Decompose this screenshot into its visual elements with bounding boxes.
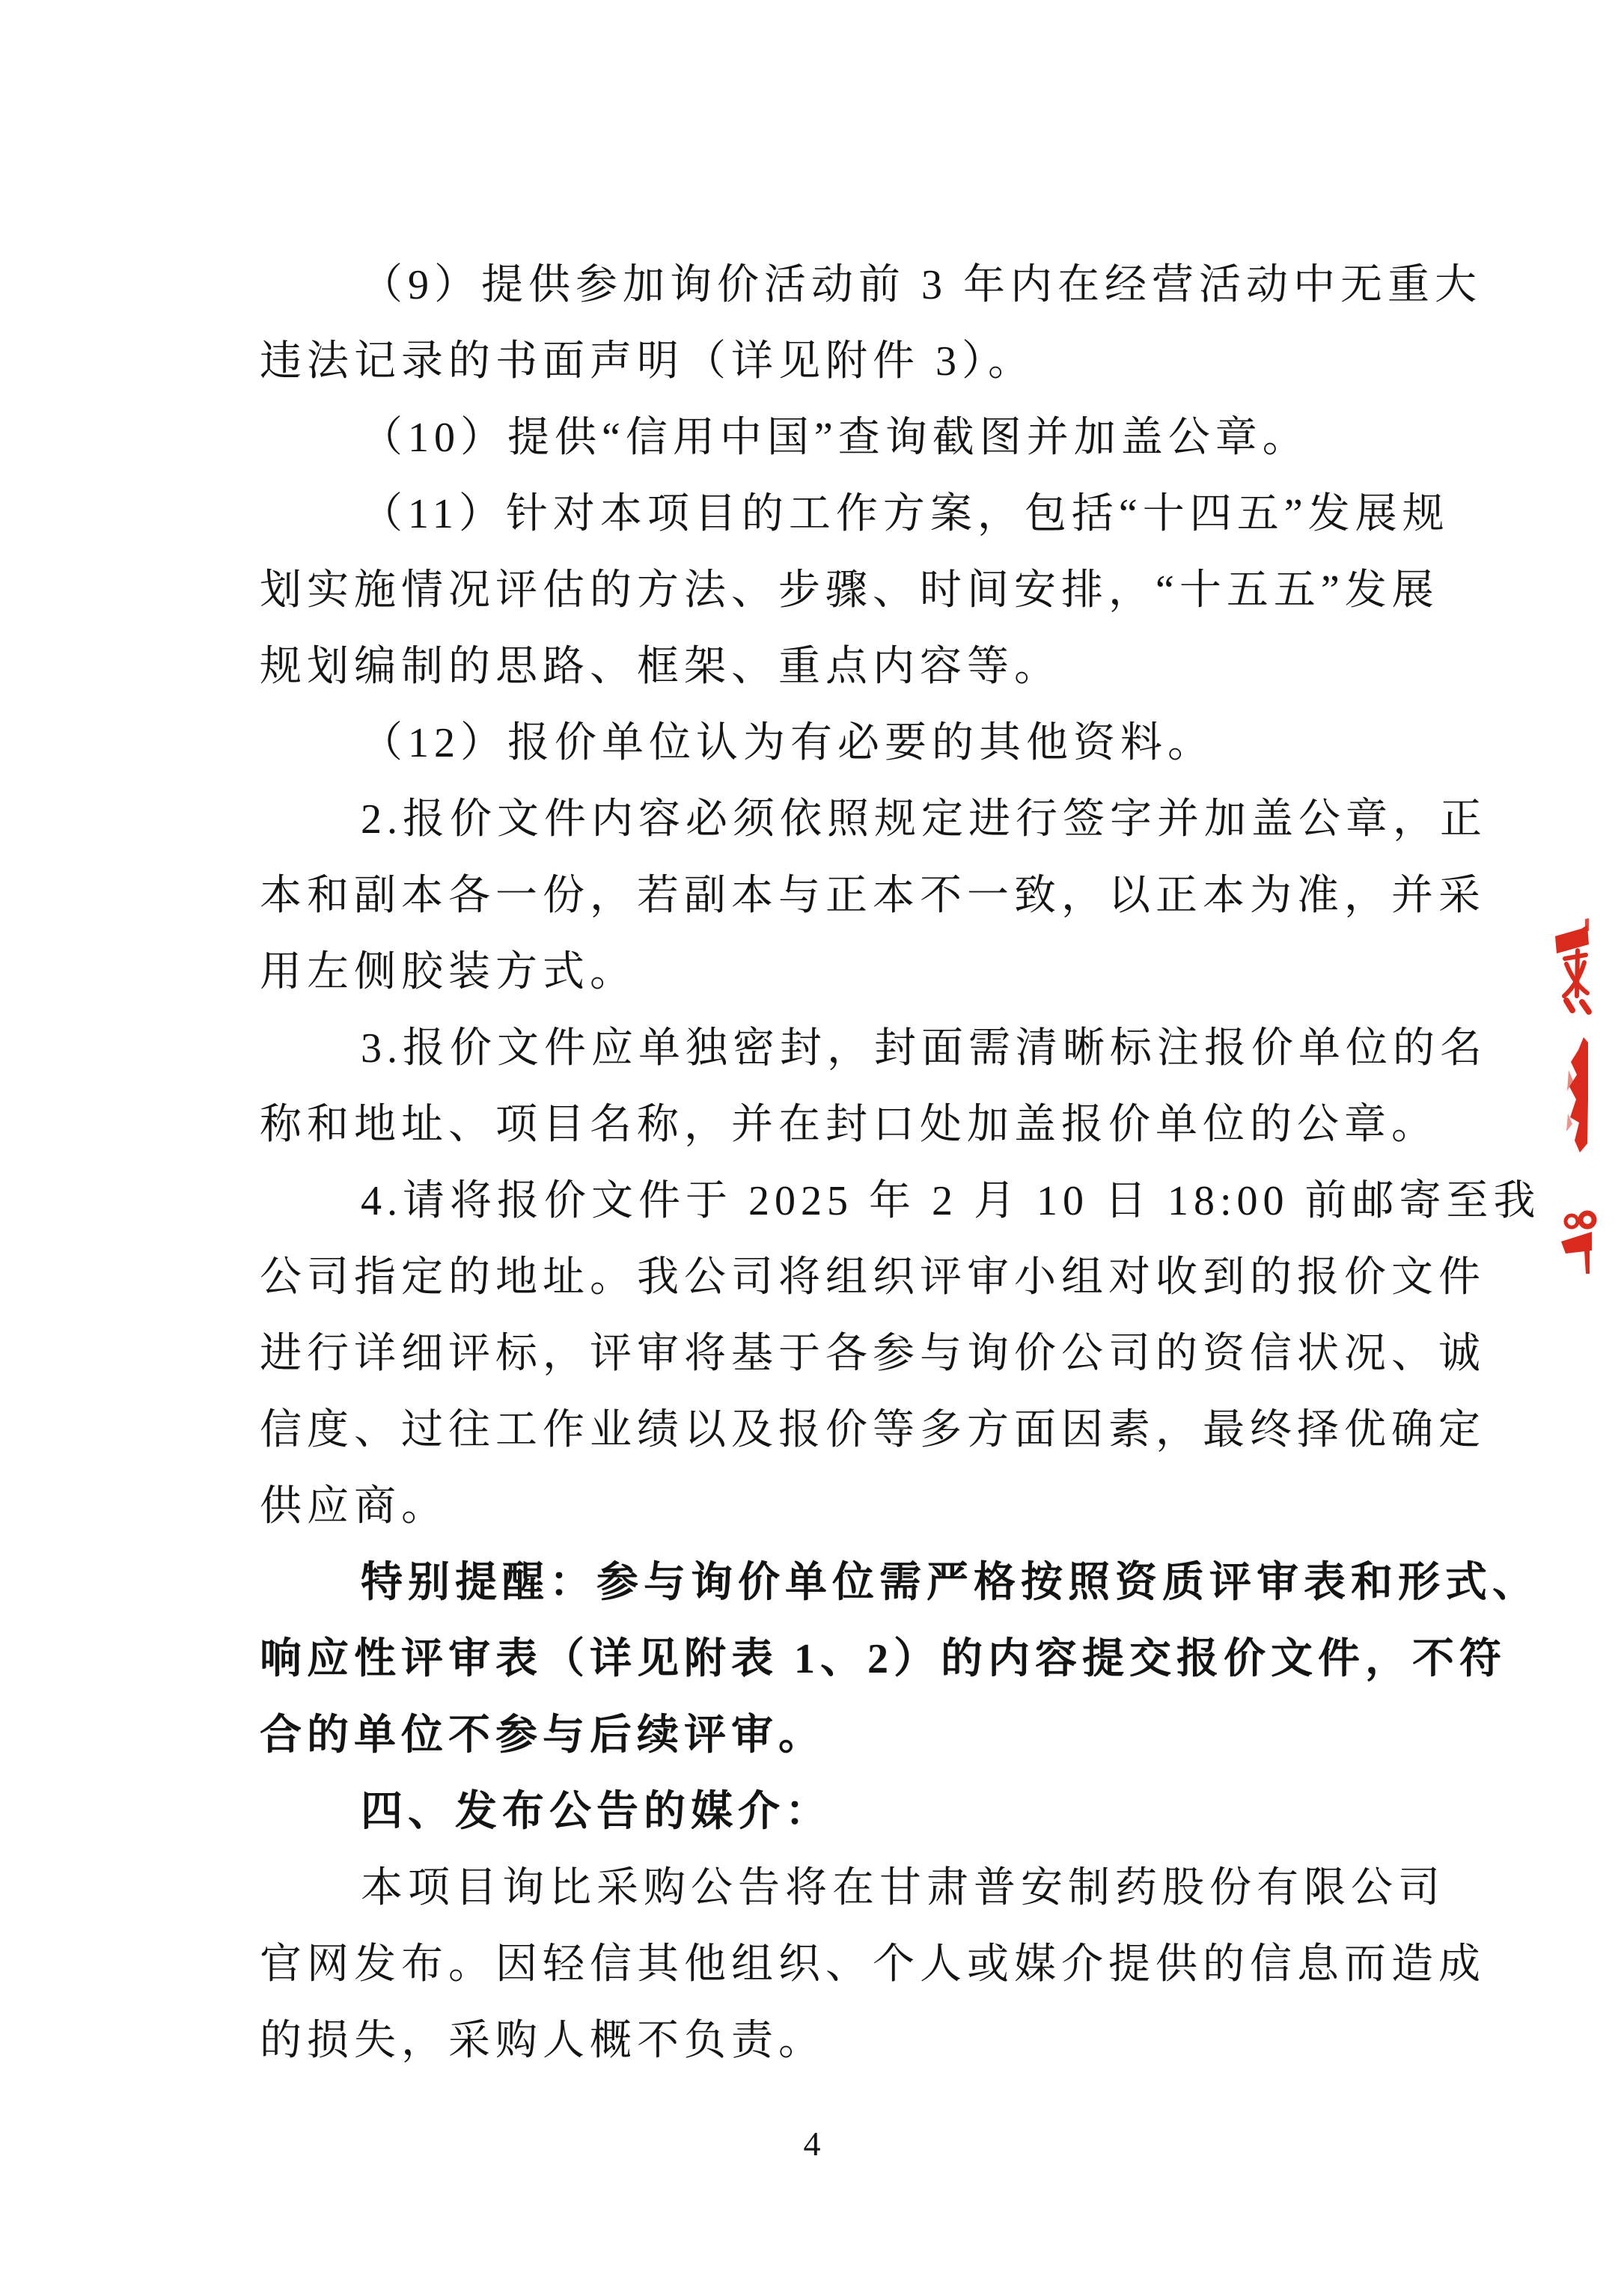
- text-line: 特别提醒：参与询价单位需严格按照资质评审表和形式、: [260, 1545, 1502, 1621]
- text-line: 违法记录的书面声明（详见附件 3）。: [260, 323, 1502, 400]
- text-line: 合的单位不参与后续评审。: [260, 1697, 1502, 1774]
- text-line: 本和副本各一份，若副本与正本不一致，以正本为准，并采: [260, 858, 1502, 934]
- red-seal-fragments: [1549, 913, 1624, 1287]
- text-line: 规划编制的思路、框架、重点内容等。: [260, 629, 1502, 705]
- text-line: 供应商。: [260, 1468, 1502, 1545]
- text-line: 称和地址、项目名称，并在封口处加盖报价单位的公章。: [260, 1087, 1502, 1163]
- text-line: 划实施情况评估的方法、步骤、时间安排，“十五五”发展: [260, 552, 1502, 629]
- text-line: （12）报价单位认为有必要的其他资料。: [260, 705, 1502, 781]
- text-line: 进行详细评标，评审将基于各参与询价公司的资信状况、诚: [260, 1316, 1502, 1392]
- document-page: （9）提供参加询价活动前 3 年内在经营活动中无重大违法记录的书面声明（详见附件…: [0, 0, 1624, 2296]
- seal-fragment-streak-icon: [1566, 1037, 1588, 1152]
- seal-fragment-rings-icon: [1561, 1213, 1594, 1274]
- text-line: 四、发布公告的媒介：: [260, 1774, 1502, 1850]
- text-line: 的损失，采购人概不负责。: [260, 2003, 1502, 2079]
- text-line: 信度、过往工作业绩以及报价等多方面因素，最终择优确定: [260, 1392, 1502, 1468]
- text-line: 4.请将报价文件于 2025 年 2 月 10 日 18:00 前邮寄至我: [260, 1163, 1502, 1239]
- text-line: 3.报价文件应单独密封，封面需清晰标注报价单位的名: [260, 1010, 1502, 1087]
- text-line: 官网发布。因轻信其他组织、个人或媒介提供的信息而造成: [260, 1926, 1502, 2003]
- seal-fragment-character-icon: [1555, 918, 1589, 1012]
- text-line: 本项目询比采购公告将在甘肃普安制药股份有限公司: [260, 1850, 1502, 1926]
- text-line: （10）提供“信用中国”查询截图并加盖公章。: [260, 400, 1502, 476]
- red-seal-ink: [1555, 918, 1594, 1274]
- text-line: （11）针对本项目的工作方案，包括“十四五”发展规: [260, 476, 1502, 552]
- text-line: （9）提供参加询价活动前 3 年内在经营活动中无重大: [260, 247, 1502, 323]
- text-line: 2.报价文件内容必须依照规定进行签字并加盖公章，正: [260, 781, 1502, 858]
- text-line: 用左侧胶装方式。: [260, 934, 1502, 1010]
- text-line: 公司指定的地址。我公司将组织评审小组对收到的报价文件: [260, 1239, 1502, 1316]
- page-number: 4: [0, 2124, 1624, 2164]
- text-lines: （9）提供参加询价活动前 3 年内在经营活动中无重大违法记录的书面声明（详见附件…: [260, 247, 1502, 2079]
- text-line: 响应性评审表（详见附表 1、2）的内容提交报价文件，不符: [260, 1621, 1502, 1697]
